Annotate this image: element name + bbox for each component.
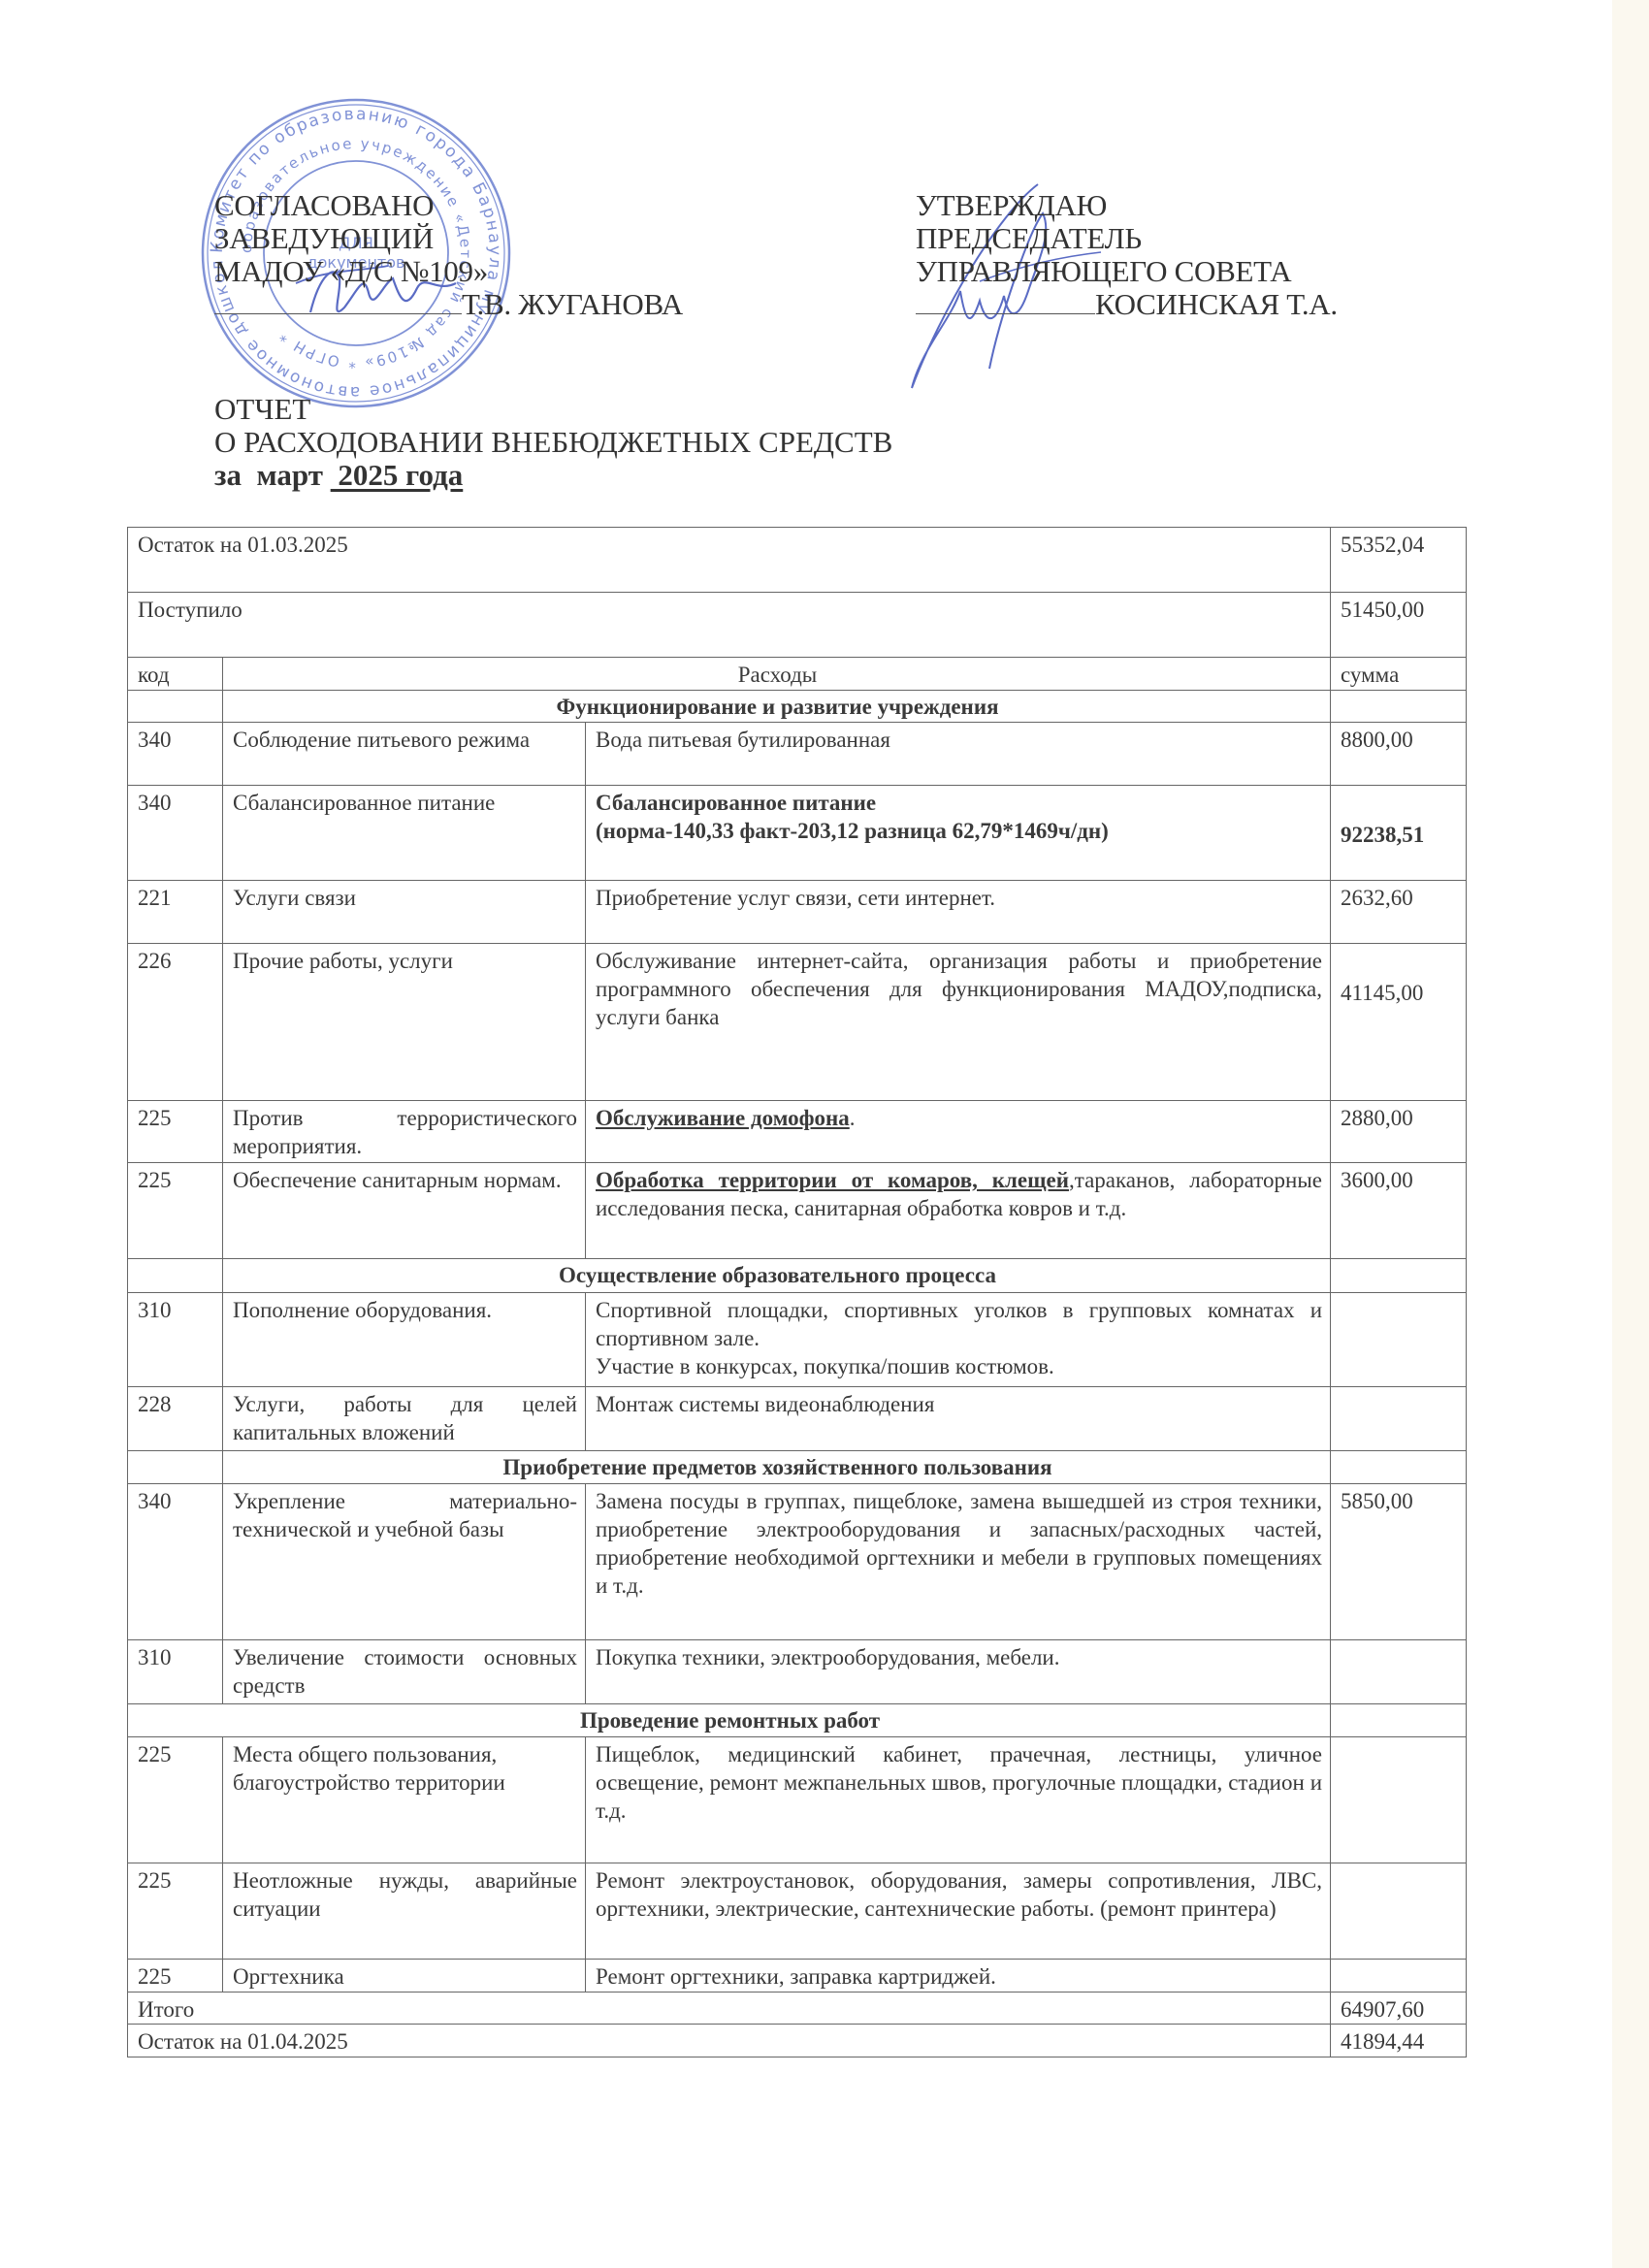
table-row: 225 Обеспечение санитарным нормам. Обраб… [128,1163,1467,1259]
header-expenses: Расходы [223,658,1331,691]
report-period: за март 2025 года [214,459,892,492]
section-row: Приобретение предметов хозяйственного по… [128,1451,1467,1484]
row-item: Пополнение оборудования. [223,1293,586,1387]
report-title: ОТЧЕТ О РАСХОДОВАНИИ ВНЕБЮДЖЕТНЫХ СРЕДСТ… [214,393,892,492]
row-code: 228 [128,1387,223,1451]
row-description: Вода питьевая бутилированная [586,723,1331,786]
header-code: код [128,658,223,691]
approval-left-line1: СОГЛАСОВАНО [214,189,683,222]
row-sum: 92238,51 [1331,786,1467,881]
approval-right-line3: УПРАВЛЯЮЩЕГО СОВЕТА [916,255,1338,288]
row-code: 340 [128,786,223,881]
row-sum: 8800,00 [1331,723,1467,786]
row-sum [1331,1387,1467,1451]
table-row: 225 Оргтехника Ремонт оргтехники, заправ… [128,1960,1467,1993]
opening-balance-value: 55352,04 [1331,528,1467,593]
section-row: Функционирование и развитие учреждения [128,691,1467,723]
header-sum: сумма [1331,658,1467,691]
closing-balance-row: Остаток на 01.04.2025 41894,44 [128,2025,1467,2057]
title-line2: О РАСХОДОВАНИИ ВНЕБЮДЖЕТНЫХ СРЕДСТВ [214,426,892,459]
row-sum [1331,1293,1467,1387]
opening-balance-row: Остаток на 01.03.2025 55352,04 [128,528,1467,593]
row-description: Обслуживание интернет-сайта, организация… [586,944,1331,1101]
row-code: 225 [128,1163,223,1259]
row-sum [1331,1737,1467,1863]
row-code: 221 [128,881,223,944]
received-value: 51450,00 [1331,593,1467,658]
row-description-line2: Участие в конкурсах, покупка/пошив костю… [596,1352,1322,1380]
table-row: 225 Против террористического мероприятия… [128,1101,1467,1163]
row-description: Ремонт оргтехники, заправка картриджей. [586,1960,1331,1993]
row-code: 225 [128,1863,223,1960]
table-header-row: код Расходы сумма [128,658,1467,691]
row-item: Против террористического мероприятия. [223,1101,586,1163]
approval-right-signatory: КОСИНСКАЯ Т.А. [1095,287,1338,321]
row-code: 225 [128,1960,223,1993]
received-label: Поступило [128,593,1331,658]
table-row: 225 Места общего пользования, благоустро… [128,1737,1467,1863]
row-sum: 2632,60 [1331,881,1467,944]
row-description: Ремонт электроустановок, оборудования, з… [586,1863,1331,1960]
approval-right-line2: ПРЕДСЕДАТЕЛЬ [916,222,1338,255]
table-row: 228 Услуги, работы для целей капитальных… [128,1387,1467,1451]
section-title: Приобретение предметов хозяйственного по… [223,1451,1331,1484]
row-description-line1: Спортивной площадки, спортивных уголков … [596,1296,1322,1352]
section-title: Осуществление образовательного процесса [223,1259,1331,1293]
row-item: Укрепление материально-технической и уче… [223,1484,586,1640]
row-description-rest: . [850,1106,856,1130]
row-sum: 41145,00 [1331,944,1467,1101]
section-row: Осуществление образовательного процесса [128,1259,1467,1293]
row-item: Неотложные нужды, аварийные ситуации [223,1863,586,1960]
row-description-detail: (норма-140,33 факт-203,12 разница 62,79*… [596,817,1322,845]
table-row: 310 Увеличение стоимости основных средст… [128,1640,1467,1704]
period-prefix: за март [214,458,331,492]
section-title: Функционирование и развитие учреждения [223,691,1331,723]
row-description: Обработка территории от комаров, клещей,… [586,1163,1331,1259]
approval-right-line1: УТВЕРЖДАЮ [916,189,1338,222]
row-code: 310 [128,1293,223,1387]
row-item: Соблюдение питьевого режима [223,723,586,786]
expense-report-table: Остаток на 01.03.2025 55352,04 Поступило… [127,527,1467,2057]
total-row: Итого 64907,60 [128,1993,1467,2025]
row-description: Спортивной площадки, спортивных уголков … [586,1293,1331,1387]
approval-left-signatory: Т.В. ЖУГАНОВА [462,287,683,321]
table-row: 340 Сбалансированное питание Сбалансиров… [128,786,1467,881]
received-row: Поступило 51450,00 [128,593,1467,658]
section-row: Проведение ремонтных работ [128,1704,1467,1737]
row-code: 225 [128,1101,223,1163]
row-item: Сбалансированное питание [223,786,586,881]
approval-block-left: СОГЛАСОВАНО ЗАВЕДУЮЩИЙ МАДОУ «Д/С №109» … [214,189,683,321]
row-sum: 2880,00 [1331,1101,1467,1163]
table-row: 310 Пополнение оборудования. Спортивной … [128,1293,1467,1387]
total-label: Итого [128,1993,1331,2025]
row-sum: 3600,00 [1331,1163,1467,1259]
closing-balance-label: Остаток на 01.04.2025 [128,2025,1331,2057]
row-code: 340 [128,1484,223,1640]
table-row: 225 Неотложные нужды, аварийные ситуации… [128,1863,1467,1960]
row-description-highlight: Обработка территории от комаров, клещей [596,1168,1069,1192]
signature-line-right [916,313,1095,314]
row-description-highlight: Обслуживание домофона [596,1106,850,1130]
row-item: Прочие работы, услуги [223,944,586,1101]
table-row: 340 Укрепление материально-технической и… [128,1484,1467,1640]
period-year: 2025 года [331,458,464,492]
row-description-title: Сбалансированное питание [596,789,1322,817]
row-code: 225 [128,1737,223,1863]
row-description: Монтаж системы видеонаблюдения [586,1387,1331,1451]
scan-edge [1612,0,1649,2268]
approval-left-line3: МАДОУ «Д/С №109» [214,255,683,288]
row-sum [1331,1960,1467,1993]
row-code: 226 [128,944,223,1101]
approval-left-line2: ЗАВЕДУЮЩИЙ [214,222,683,255]
row-item: Услуги связи [223,881,586,944]
title-line1: ОТЧЕТ [214,393,892,426]
row-description: Обслуживание домофона. [586,1101,1331,1163]
row-description: Покупка техники, электрооборудования, ме… [586,1640,1331,1704]
table-row: 340 Соблюдение питьевого режима Вода пит… [128,723,1467,786]
opening-balance-label: Остаток на 01.03.2025 [128,528,1331,593]
row-item: Места общего пользования, благоустройств… [223,1737,586,1863]
row-code: 340 [128,723,223,786]
closing-balance-value: 41894,44 [1331,2025,1467,2057]
row-description: Пищеблок, медицинский кабинет, прачечная… [586,1737,1331,1863]
section-title: Проведение ремонтных работ [128,1704,1331,1737]
approval-block-right: УТВЕРЖДАЮ ПРЕДСЕДАТЕЛЬ УПРАВЛЯЮЩЕГО СОВЕ… [916,189,1338,321]
row-description: Замена посуды в группах, пищеблоке, заме… [586,1484,1331,1640]
row-code: 310 [128,1640,223,1704]
signature-line-left [214,313,462,314]
row-description: Приобретение услуг связи, сети интернет. [586,881,1331,944]
row-description: Сбалансированное питание (норма-140,33 ф… [586,786,1331,881]
total-value: 64907,60 [1331,1993,1467,2025]
row-item: Оргтехника [223,1960,586,1993]
table-row: 221 Услуги связи Приобретение услуг связ… [128,881,1467,944]
row-item: Обеспечение санитарным нормам. [223,1163,586,1259]
row-item: Услуги, работы для целей капитальных вло… [223,1387,586,1451]
row-sum: 5850,00 [1331,1484,1467,1640]
row-item: Увеличение стоимости основных средств [223,1640,586,1704]
row-sum [1331,1640,1467,1704]
table-row: 226 Прочие работы, услуги Обслуживание и… [128,944,1467,1101]
row-sum [1331,1863,1467,1960]
